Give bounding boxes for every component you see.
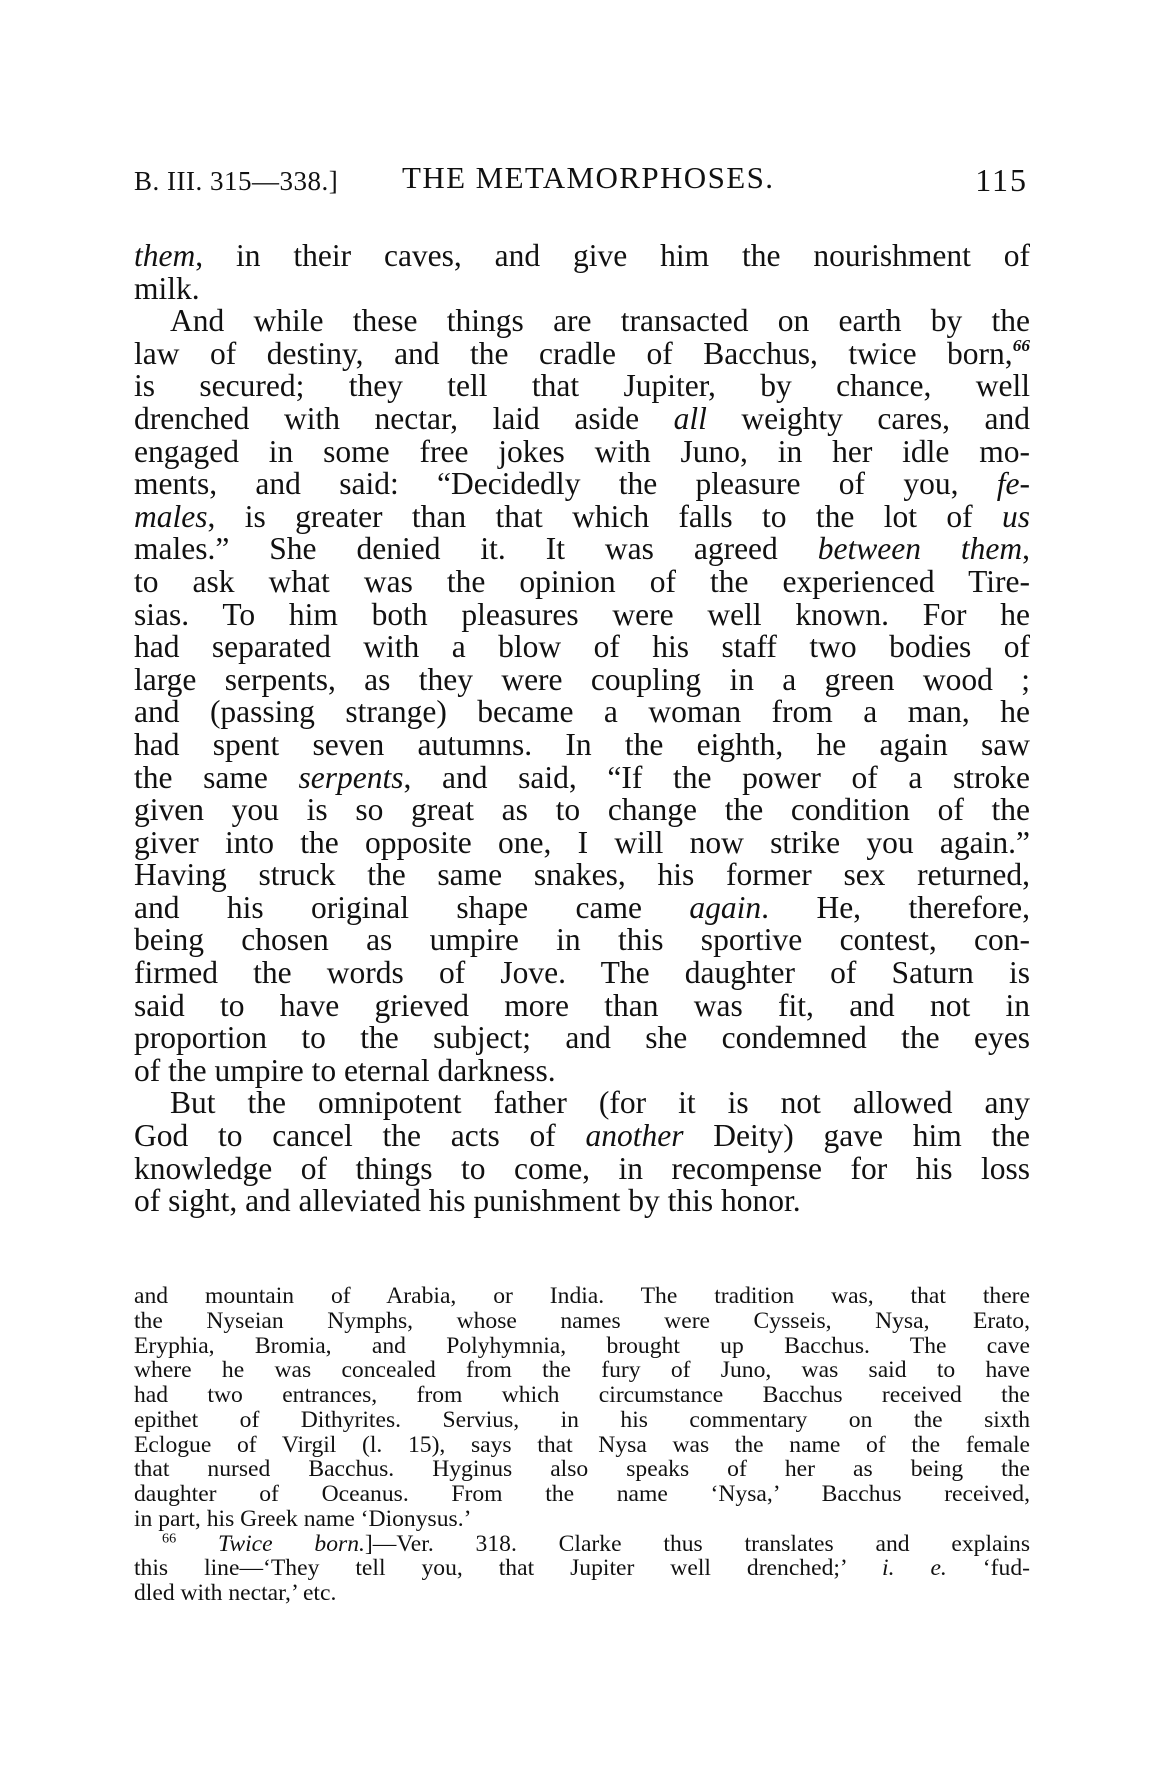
text-run: males.” She denied it. It was agreed <box>134 531 818 566</box>
footnote-line-text: and mountain of Arabia, or India. The tr… <box>134 1284 1030 1309</box>
body-line: milk. <box>134 273 1030 306</box>
footnote-line: Eryphia, Bromia, and Polyhymnia, brought… <box>134 1334 1030 1359</box>
footnote-reference: 66 <box>1013 336 1030 355</box>
text-run: is secured; they tell that Jupiter, by c… <box>134 368 1030 403</box>
text-run: , is greater than that which falls to th… <box>208 499 1002 534</box>
body-line: sias. To him both pleasures were well kn… <box>134 599 1030 632</box>
text-run: said to have grieved more than was fit, … <box>134 988 1030 1023</box>
body-line: said to have grieved more than was fit, … <box>134 990 1030 1023</box>
text-run: had two entrances, from which circumstan… <box>134 1382 1030 1408</box>
header-title: THE METAMORPHOSES. <box>402 158 774 198</box>
footnote-line: where he was concealed from the fury of … <box>134 1358 1030 1383</box>
body-line: of sight, and alleviated his punishment … <box>134 1185 1030 1218</box>
text-run: the same <box>134 760 299 795</box>
body-line-text: of the umpire to eternal darkness. <box>134 1055 1030 1088</box>
body-line-text: to ask what was the opinion of the exper… <box>134 566 1030 599</box>
body-line: drenched with nectar, laid aside all wei… <box>134 403 1030 436</box>
body-line: law of destiny, and the cradle of Bacchu… <box>134 338 1030 371</box>
body-line-text: giver into the opposite one, I will now … <box>134 827 1030 860</box>
body-line-text: Having struck the same snakes, his forme… <box>134 859 1030 892</box>
text-run: large serpents, as they were coupling in… <box>134 662 1030 697</box>
body-line-text: of sight, and alleviated his punishment … <box>134 1185 1030 1218</box>
footnote-line-text: had two entrances, from which circumstan… <box>134 1383 1030 1408</box>
body-line: given you is so great as to change the c… <box>134 794 1030 827</box>
text-run: law of destiny, and the cradle of Bacchu… <box>134 336 1013 371</box>
text-run: and mountain of Arabia, or India. The tr… <box>134 1283 1030 1309</box>
header-verse-range: 315—338.] <box>210 166 338 196</box>
text-run: firmed the words of Jove. The daughter o… <box>134 955 1030 990</box>
footnote-line: 66 Twice born.]—Ver. 318. Clarke thus tr… <box>134 1532 1030 1557</box>
text-run: But the omnipotent father (for it is not… <box>170 1085 1030 1120</box>
body-line-text: engaged in some free jokes with Juno, in… <box>134 436 1030 469</box>
body-line: and his original shape came again. He, t… <box>134 892 1030 925</box>
footnote-line-text: 66 Twice born.]—Ver. 318. Clarke thus tr… <box>162 1532 1030 1557</box>
text-run: Eclogue of Virgil (l. 15), says that Nys… <box>134 1432 1030 1458</box>
body-line-text: males.” She denied it. It was agreed bet… <box>134 533 1030 566</box>
text-run: , and said, “If the power of a stroke <box>404 760 1031 795</box>
text-run: the Nyseian Nymphs, whose names were Cys… <box>134 1308 1030 1334</box>
italic-text: fe- <box>997 466 1030 501</box>
body-line: and (passing strange) became a woman fro… <box>134 696 1030 729</box>
text-run: milk. <box>134 271 200 306</box>
text-run: weighty cares, and <box>707 401 1030 436</box>
footnote-line: daughter of Oceanus. From the name ‘Nysa… <box>134 1482 1030 1507</box>
text-run: engaged in some free jokes with Juno, in… <box>134 434 1030 469</box>
text-run: where he was concealed from the fury of … <box>134 1357 1030 1383</box>
body-line-text: God to cancel the acts of another Deity)… <box>134 1120 1030 1153</box>
body-line: proportion to the subject; and she conde… <box>134 1022 1030 1055</box>
text-run: to ask what was the opinion of the exper… <box>134 564 1030 599</box>
body-line: engaged in some free jokes with Juno, in… <box>134 436 1030 469</box>
book-page: B. III. 315—338.] THE METAMORPHOSES. 115… <box>0 0 1163 1768</box>
body-line: males.” She denied it. It was agreed bet… <box>134 533 1030 566</box>
footnote-line: the Nyseian Nymphs, whose names were Cys… <box>134 1309 1030 1334</box>
text-run: . He, therefore, <box>761 890 1030 925</box>
footnote-line: dled with nectar,’ etc. <box>134 1581 1030 1606</box>
footnote-line: that nursed Bacchus. Hyginus also speaks… <box>134 1457 1030 1482</box>
body-line-text: large serpents, as they were coupling in… <box>134 664 1030 697</box>
body-line-text: ments, and said: “Decidedly the pleasure… <box>134 468 1030 501</box>
footnote-line: Eclogue of Virgil (l. 15), says that Nys… <box>134 1433 1030 1458</box>
body-line: is secured; they tell that Jupiter, by c… <box>134 370 1030 403</box>
italic-text: between them <box>818 531 1022 566</box>
body-line-text: them, in their caves, and give him the n… <box>134 240 1030 273</box>
footnote-line-text: this line—‘They tell you, that Jupiter w… <box>134 1556 1030 1581</box>
body-line: the same serpents, and said, “If the pow… <box>134 762 1030 795</box>
footnote-line: in part, his Greek name ‘Dionysus.’ <box>134 1507 1030 1532</box>
body-line-text: being chosen as umpire in this sportive … <box>134 924 1030 957</box>
body-line: God to cancel the acts of another Deity)… <box>134 1120 1030 1153</box>
italic-text: all <box>674 401 707 436</box>
footnote-line-text: in part, his Greek name ‘Dionysus.’ <box>134 1507 1030 1532</box>
text-run: that nursed Bacchus. Hyginus also speaks… <box>134 1456 1030 1482</box>
page-number: 115 <box>975 160 1028 200</box>
footnote-line: this line—‘They tell you, that Jupiter w… <box>134 1556 1030 1581</box>
italic-text: serpents <box>299 760 404 795</box>
footnote-line: had two entrances, from which circumstan… <box>134 1383 1030 1408</box>
body-line-text: sias. To him both pleasures were well kn… <box>134 599 1030 632</box>
main-text: them, in their caves, and give him the n… <box>134 240 1030 1218</box>
italic-text: us <box>1002 499 1030 534</box>
text-run: of sight, and alleviated his punishment … <box>134 1183 801 1218</box>
body-line: large serpents, as they were coupling in… <box>134 664 1030 697</box>
text-run: and his original shape came <box>134 890 689 925</box>
text-run: in part, his Greek name ‘Dionysus.’ <box>134 1506 471 1532</box>
body-line: knowledge of things to come, in recompen… <box>134 1153 1030 1186</box>
body-line: had spent seven autumns. In the eighth, … <box>134 729 1030 762</box>
text-run: Having struck the same snakes, his forme… <box>134 857 1030 892</box>
footnote-line-text: dled with nectar,’ etc. <box>134 1581 1030 1606</box>
text-run: being chosen as umpire in this sportive … <box>134 922 1030 957</box>
body-line-text: the same serpents, and said, “If the pow… <box>134 762 1030 795</box>
body-line: But the omnipotent father (for it is not… <box>134 1087 1030 1120</box>
body-line-text: And while these things are transacted on… <box>170 305 1030 338</box>
text-run: had spent seven autumns. In the eighth, … <box>134 727 1030 762</box>
body-line: them, in their caves, and give him the n… <box>134 240 1030 273</box>
text-run: , in their caves, and give him the nouri… <box>195 238 1030 273</box>
body-line: firmed the words of Jove. The daughter o… <box>134 957 1030 990</box>
body-line: And while these things are transacted on… <box>134 305 1030 338</box>
text-run: daughter of Oceanus. From the name ‘Nysa… <box>134 1481 1030 1507</box>
header-book-ref: B. III. <box>134 166 203 196</box>
text-run: giver into the opposite one, I will now … <box>134 825 1030 860</box>
italic-text: another <box>586 1118 684 1153</box>
text-run: sias. To him both pleasures were well kn… <box>134 597 1030 632</box>
body-line-text: firmed the words of Jove. The daughter o… <box>134 957 1030 990</box>
text-run: epithet of Dithyrites. Servius, in his c… <box>134 1407 1030 1433</box>
footnote-line-text: epithet of Dithyrites. Servius, in his c… <box>134 1408 1030 1433</box>
text-run: God to cancel the acts of <box>134 1118 586 1153</box>
body-line: Having struck the same snakes, his forme… <box>134 859 1030 892</box>
body-line: had separated with a blow of his staff t… <box>134 631 1030 664</box>
footnote-line: and mountain of Arabia, or India. The tr… <box>134 1284 1030 1309</box>
footnote-line-text: the Nyseian Nymphs, whose names were Cys… <box>134 1309 1030 1334</box>
running-header: B. III. 315—338.] THE METAMORPHOSES. 115 <box>134 158 1030 198</box>
body-line: of the umpire to eternal darkness. <box>134 1055 1030 1088</box>
text-run: Deity) gave him the <box>684 1118 1031 1153</box>
body-line-text: said to have grieved more than was fit, … <box>134 990 1030 1023</box>
footnote-line-text: Eryphia, Bromia, and Polyhymnia, brought… <box>134 1334 1030 1359</box>
text-run: ments, and said: “Decidedly the pleasure… <box>134 466 997 501</box>
text-run: knowledge of things to come, in recompen… <box>134 1151 1030 1186</box>
body-line-text: had separated with a blow of his staff t… <box>134 631 1030 664</box>
italic-text: Twice born. <box>218 1531 365 1557</box>
body-line-text: But the omnipotent father (for it is not… <box>170 1087 1030 1120</box>
body-line-text: given you is so great as to change the c… <box>134 794 1030 827</box>
body-line: ments, and said: “Decidedly the pleasure… <box>134 468 1030 501</box>
text-run <box>176 1531 218 1557</box>
italic-text: them <box>134 238 195 273</box>
text-run: dled with nectar,’ etc. <box>134 1580 336 1606</box>
footnote-line-text: daughter of Oceanus. From the name ‘Nysa… <box>134 1482 1030 1507</box>
text-run: of the umpire to eternal darkness. <box>134 1053 556 1088</box>
footnote-line-text: where he was concealed from the fury of … <box>134 1358 1030 1383</box>
body-line: males, is greater than that which falls … <box>134 501 1030 534</box>
text-run: drenched with nectar, laid aside <box>134 401 674 436</box>
text-run: ]—Ver. 318. Clarke thus translates and e… <box>365 1531 1030 1557</box>
text-run: ‘fud- <box>947 1555 1030 1581</box>
body-line-text: males, is greater than that which falls … <box>134 501 1030 534</box>
text-run: Eryphia, Bromia, and Polyhymnia, brought… <box>134 1333 1030 1359</box>
body-line-text: drenched with nectar, laid aside all wei… <box>134 403 1030 436</box>
body-line: being chosen as umpire in this sportive … <box>134 924 1030 957</box>
italic-text: males <box>134 499 208 534</box>
footnote-number: 66 <box>162 1530 176 1546</box>
body-line-text: proportion to the subject; and she conde… <box>134 1022 1030 1055</box>
body-line-text: and his original shape came again. He, t… <box>134 892 1030 925</box>
text-run: , <box>1022 531 1030 566</box>
body-line-text: milk. <box>134 273 1030 306</box>
text-run: And while these things are transacted on… <box>170 303 1030 338</box>
footnote-line: epithet of Dithyrites. Servius, in his c… <box>134 1408 1030 1433</box>
body-line-text: is secured; they tell that Jupiter, by c… <box>134 370 1030 403</box>
body-line-text: had spent seven autumns. In the eighth, … <box>134 729 1030 762</box>
body-line-text: knowledge of things to come, in recompen… <box>134 1153 1030 1186</box>
text-run: and (passing strange) became a woman fro… <box>134 694 1030 729</box>
body-line: to ask what was the opinion of the exper… <box>134 566 1030 599</box>
body-line: giver into the opposite one, I will now … <box>134 827 1030 860</box>
italic-text: again <box>689 890 761 925</box>
text-run: given you is so great as to change the c… <box>134 792 1030 827</box>
text-run: had separated with a blow of his staff t… <box>134 629 1030 664</box>
body-line-text: law of destiny, and the cradle of Bacchu… <box>134 338 1030 371</box>
footnote-line-text: Eclogue of Virgil (l. 15), says that Nys… <box>134 1433 1030 1458</box>
italic-text: i. e. <box>882 1555 947 1581</box>
header-reference: B. III. 315—338.] <box>134 164 338 198</box>
body-line-text: and (passing strange) became a woman fro… <box>134 696 1030 729</box>
footnote-line-text: that nursed Bacchus. Hyginus also speaks… <box>134 1457 1030 1482</box>
text-run: this line—‘They tell you, that Jupiter w… <box>134 1555 882 1581</box>
footnotes: and mountain of Arabia, or India. The tr… <box>134 1284 1030 1606</box>
text-run: proportion to the subject; and she conde… <box>134 1020 1030 1055</box>
